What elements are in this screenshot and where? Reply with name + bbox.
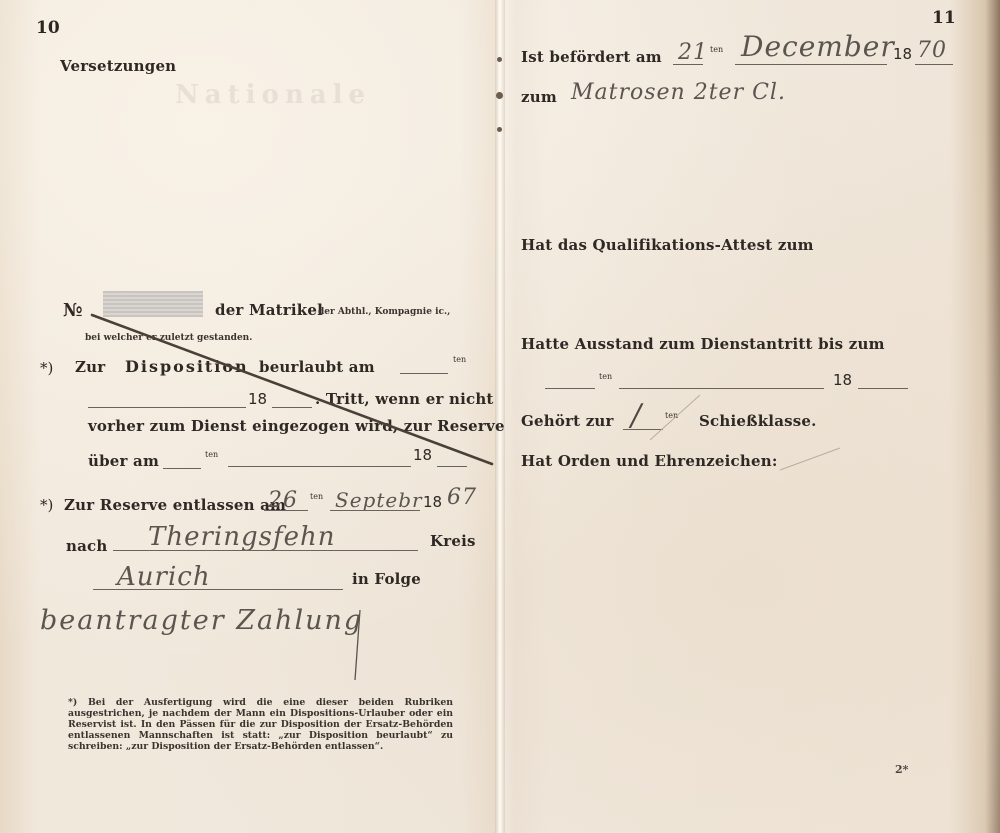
handwritten-place: Theringsfehn bbox=[148, 522, 335, 552]
day-field bbox=[264, 510, 308, 511]
day-field bbox=[400, 373, 448, 374]
disposition-text: . Tritt, wenn er nicht bbox=[315, 390, 494, 408]
year-prefix: 18 bbox=[893, 45, 912, 63]
right-page: 11 Ist befördert am 21 ten December 18 7… bbox=[503, 0, 1000, 833]
page-number: 10 bbox=[36, 18, 60, 38]
number-symbol: № bbox=[63, 300, 83, 321]
ten-suffix: ten bbox=[205, 450, 218, 459]
signature-mark: 2* bbox=[895, 763, 908, 776]
shooting-class-suffix: Schießklasse. bbox=[699, 412, 817, 430]
kreis-label: Kreis bbox=[430, 532, 476, 550]
day-field bbox=[545, 388, 595, 389]
footnote-marker: *) bbox=[40, 359, 53, 377]
year-field bbox=[858, 388, 908, 389]
ten-suffix: ten bbox=[710, 45, 723, 54]
qualification-label: Hat das Qualifikations-Attest zum bbox=[521, 236, 814, 254]
bleed-through-text: Nationale bbox=[175, 80, 371, 110]
redacted-number-field bbox=[103, 291, 203, 317]
matrikel-label: der Matrikel bbox=[215, 301, 323, 319]
handwritten-district: Aurich bbox=[117, 562, 211, 592]
promoted-label: Ist befördert am bbox=[521, 48, 662, 66]
year-prefix: 18 bbox=[248, 390, 267, 408]
ten-suffix: ten bbox=[665, 411, 678, 420]
handwritten-month: December bbox=[741, 30, 895, 63]
zum-label: zum bbox=[521, 88, 557, 106]
month-field bbox=[330, 510, 420, 511]
district-field bbox=[93, 589, 343, 590]
disposition-text: über am bbox=[88, 452, 159, 470]
day-field bbox=[163, 468, 201, 469]
handwritten-class: / bbox=[631, 398, 642, 433]
page-number: 11 bbox=[932, 8, 956, 28]
class-field bbox=[623, 429, 663, 430]
stitch-hole bbox=[496, 92, 503, 99]
reserve-label: Zur Reserve entlassen am bbox=[64, 496, 286, 514]
matrikel-note: bei welcher er zuletzt gestanden. bbox=[85, 333, 252, 343]
stitch-hole bbox=[497, 127, 502, 132]
year-field bbox=[915, 64, 953, 65]
ten-suffix: ten bbox=[310, 492, 323, 501]
shooting-class-label: Gehört zur bbox=[521, 412, 614, 430]
handwritten-year: 70 bbox=[917, 38, 947, 63]
day-field bbox=[673, 64, 703, 65]
handwritten-reason: beantragter Zahlung bbox=[40, 605, 363, 636]
year-field bbox=[272, 407, 312, 408]
month-field bbox=[88, 407, 246, 408]
place-field bbox=[113, 550, 418, 551]
handwritten-year: 67 bbox=[447, 485, 477, 510]
year-prefix: 18 bbox=[413, 446, 432, 464]
month-field bbox=[619, 388, 824, 389]
ten-suffix: ten bbox=[599, 372, 612, 381]
disposition-bold-word: Disposition bbox=[125, 357, 249, 376]
folge-label: in Folge bbox=[352, 570, 421, 588]
handwritten-month: Septebr bbox=[335, 488, 423, 512]
matrikel-suffix: der Abthl., Kompagnie ic., bbox=[318, 307, 450, 317]
disposition-label: beurlaubt am bbox=[259, 358, 375, 376]
disposition-prefix: Zur bbox=[75, 358, 105, 376]
ten-suffix: ten bbox=[453, 355, 466, 364]
nach-label: nach bbox=[66, 537, 107, 555]
year-field bbox=[437, 466, 467, 467]
year-prefix: 18 bbox=[423, 493, 442, 511]
decorations-label: Hat Orden und Ehrenzeichen: bbox=[521, 452, 778, 470]
stitch-hole bbox=[497, 57, 502, 62]
handwritten-day: 21 bbox=[678, 40, 708, 65]
footnote: *) Bei der Ausfertigung wird die eine di… bbox=[68, 697, 453, 752]
disposition-text: vorher zum Dienst eingezogen wird, zur R… bbox=[88, 417, 505, 435]
section-heading: Versetzungen bbox=[60, 57, 176, 75]
footnote-marker: *) bbox=[40, 496, 53, 514]
month-field bbox=[735, 64, 887, 65]
leave-label: Hatte Ausstand zum Dienstantritt bis zum bbox=[521, 335, 885, 353]
left-page: Nationale 10 Versetzungen № der Matrikel… bbox=[0, 0, 497, 833]
year-prefix: 18 bbox=[833, 371, 852, 389]
month-field bbox=[228, 466, 411, 467]
handwritten-rank: Matrosen 2ter Cl. bbox=[571, 80, 786, 105]
